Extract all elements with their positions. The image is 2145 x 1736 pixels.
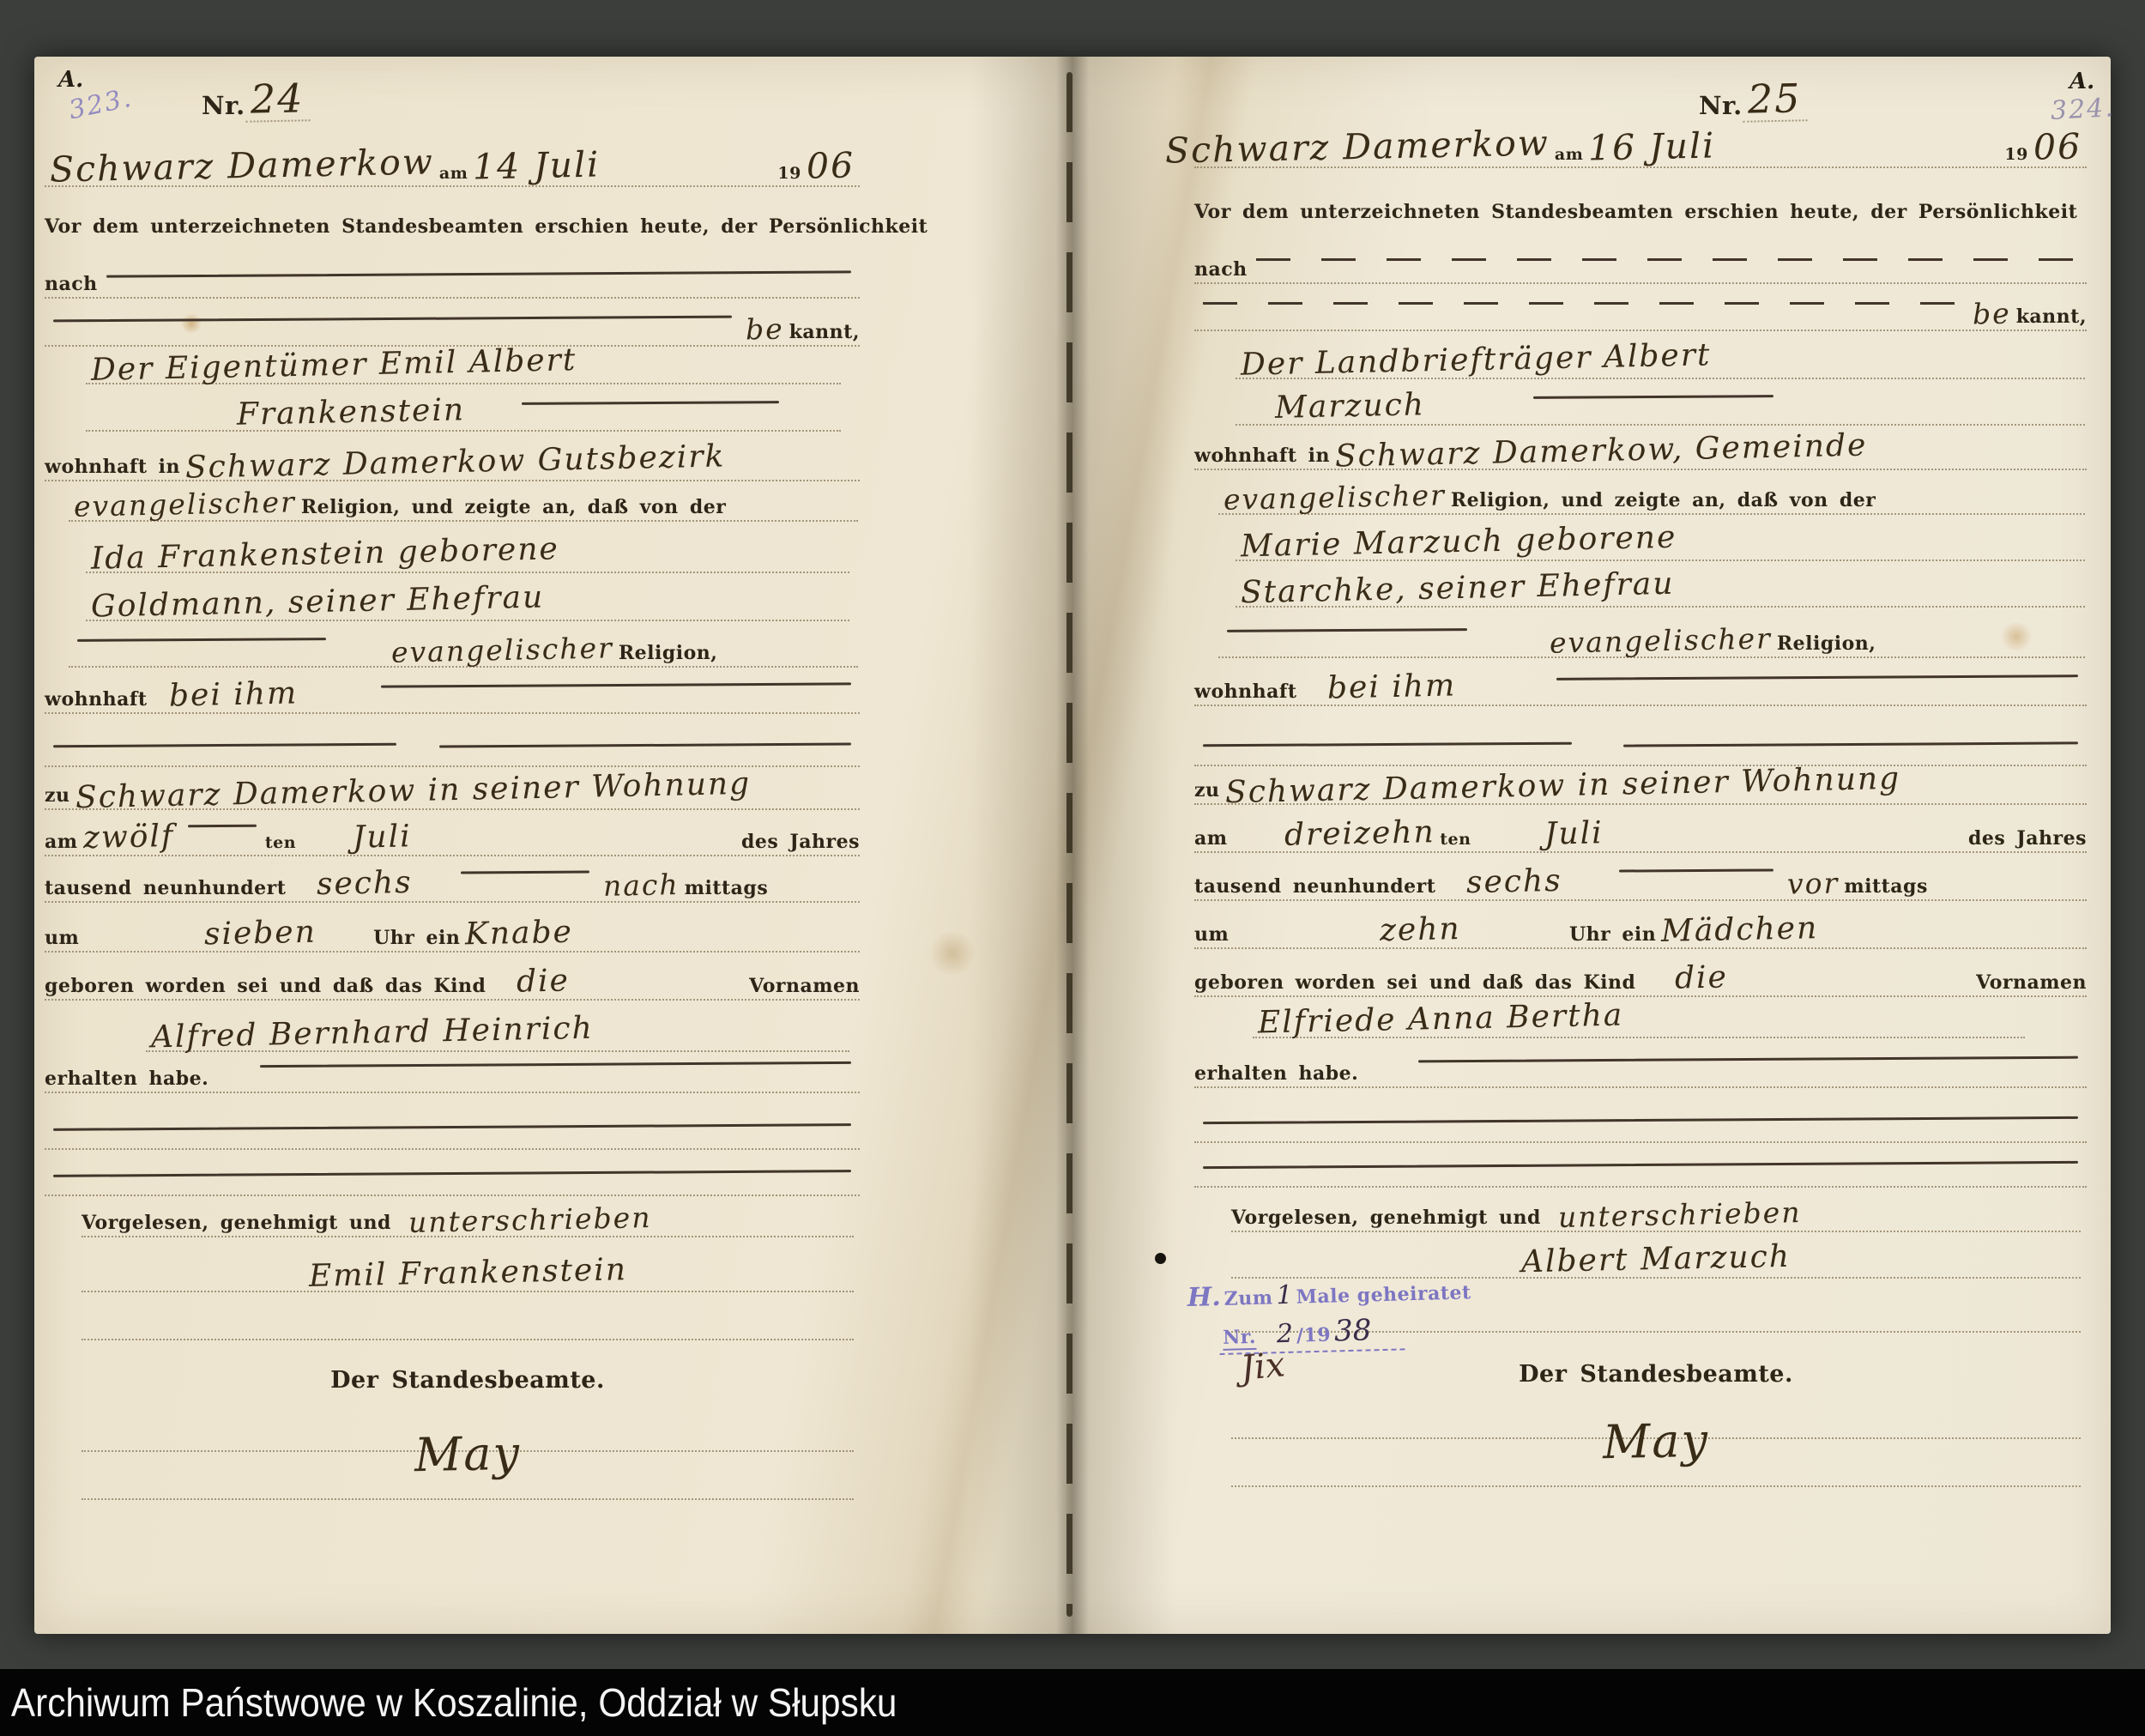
year-printed: 19 [777,166,801,185]
register-book-spread: A. 323. Nr. 24 Schwarz Damerkow am 14 Ju… [34,57,2111,1634]
crossed-out-line [1203,1160,2078,1168]
left-birthday-row: am zwölf ten Juli des Jahres [45,808,860,856]
stamp-year-value: 38 [1334,1313,1372,1348]
ten-label: ten [1440,832,1471,851]
tausend-label: tausend neunhundert [1194,877,1435,899]
right-vorgelesen-row: Vorgelesen, genehmigt und unterschrieben [1231,1186,2081,1232]
mother-name-1: Marie Marzuch geborene [1236,523,1683,565]
left-record-number-row: Nr. 24 [202,77,425,122]
left-corner-letter: A. [58,67,83,93]
ink-dash [1619,868,1773,872]
binding-stitch [1066,72,1072,1617]
left-residence-row: wohnhaft in Schwarz Damerkow Gutsbezirk [45,438,860,481]
left-registrar-signature-row: May [82,1395,854,1452]
right-crossed-row-1 [1194,1110,2087,1143]
declarant-name-1: Der Eigentümer Emil Albert [86,345,583,388]
declarant-signature: Emil Frankenstein [303,1255,632,1294]
erhalten-label: erhalten habe. [1194,1064,1358,1086]
hour-value: zehn [1375,914,1466,948]
right-crossed-row-2 [1194,1155,2087,1188]
archival-scan: A. 323. Nr. 24 Schwarz Damerkow am 14 Ju… [0,0,2145,1736]
ink-dash [461,870,589,874]
vorgelesen-label: Vorgelesen, genehmigt und [82,1213,391,1236]
gutter-shadow [970,57,1175,1634]
declarant-name-1: Der Landbriefträger Albert [1236,340,1717,383]
left-signature-row: Emil Frankenstein [82,1241,854,1292]
birthplace-value: Schwarz Damerkow in seiner Wohnung [1219,764,1906,811]
place-value: Schwarz Damerkow [45,144,440,190]
left-place-date-row: Schwarz Damerkow am 14 Juli 19 06 [45,134,860,187]
left-registrar-label-row: Der Standesbeamte. [82,1368,854,1395]
religion2-value: evangelischer [386,633,619,668]
am-day-label: am [45,832,78,855]
intro-text: Vor dem unterzeichneten Standesbeamten e… [45,217,927,239]
stamp-nr-label: Nr. [1223,1326,1257,1351]
year-printed: 19 [2004,147,2027,166]
right-nach-row: nach [1194,248,2087,284]
midday-value: vor [1782,868,1845,900]
year-word-value: sechs [1461,866,1568,901]
religion2-label: Religion, [1777,634,1876,656]
left-mother-row-1: Ida Frankenstein geborene [86,527,849,573]
ink-line [522,401,779,405]
des-jahres-label: des Jahres [1968,829,2087,851]
ink-line [381,682,851,687]
uhr-ein-label: Uhr ein [373,928,460,951]
hour-value: sieben [199,917,323,953]
year-word-value: sechs [311,868,418,903]
religion-value: evangelischer [1218,481,1452,516]
mittags-label: mittags [1844,877,1927,899]
stamp-line-2: Nr. 2 /19 38 [1223,1311,1447,1352]
declarant-signature: Albert Marzuch [1516,1242,1797,1280]
bei-ihm-value: bei ihm [164,678,304,713]
am-day-label: am [1194,829,1228,851]
left-vorgelesen-row: Vorgelesen, genehmigt und unterschrieben [82,1191,854,1237]
stamp-line-1: H. Zum 1 Male geheiratet [1187,1276,1445,1313]
declarant-name-2: Marzuch [1270,390,1431,426]
archive-caption-text: Archiwum Państwowe w Koszalinie, Oddział… [0,1679,897,1726]
religion-value: evangelischer [69,487,302,523]
right-hour-row: um zehn Uhr ein Mädchen [1194,901,2087,949]
right-child-names-row: Elfriede Anna Bertha [1253,989,2025,1038]
left-declarant-row-2: Frankenstein [86,387,841,432]
marriage-annotation-stamp: H. Zum 1 Male geheiratet Nr. 2 /19 38 Ji… [1187,1276,1447,1388]
child-sex-value: Mädchen [1656,913,1824,949]
geboren-label: geboren worden sei und daß das Kind [45,977,486,999]
unterschrieben-value: unterschrieben [402,1203,656,1238]
zu-label: zu [1194,781,1220,803]
right-religion-row: evangelischer Religion, und zeigte an, d… [1218,472,2085,515]
am-label: am [1555,147,1583,166]
place-value: Schwarz Damerkow [1160,125,1556,171]
left-mother-row-2: Goldmann, seiner Ehefrau [86,575,849,621]
right-bottom-dotted-row [1231,1456,2081,1487]
left-nach-row: nach [45,263,860,299]
day-value: dreizehn [1278,817,1440,853]
nr-label: Nr. [202,94,245,122]
wohnhaft-in-label: wohnhaft in [45,457,180,480]
right-mother-row-2: Starchke, seiner Ehefrau [1236,561,2085,608]
crossed-out-dashes [1203,302,1959,305]
bei-ihm-value: bei ihm [1322,670,1462,705]
vornamen-label: Vornamen [749,977,860,999]
right-signature-row: Albert Marzuch [1231,1227,2081,1279]
right-residence-row: wohnhaft in Schwarz Damerkow, Gemeinde [1194,426,2087,470]
year-written: 06 [2027,129,2087,166]
right-mother-row-1: Marie Marzuch geborene [1236,515,2085,561]
stamp-male-label: Male geheiratet [1296,1281,1471,1308]
right-birthplace-row: zu Schwarz Damerkow in seiner Wohnung [1194,757,2087,805]
ink-line [1556,674,2078,680]
stamp-zum-label: Zum [1224,1286,1273,1310]
right-religion2-row: evangelischer Religion, [1218,615,2085,658]
am-label: am [439,166,468,185]
be-script: be [1967,299,2016,330]
crossed-out-line [53,1170,851,1177]
um-label: um [45,928,79,951]
crossed-out-line [53,315,732,322]
crossed-out-line [53,1123,851,1131]
crossed-out-line [1227,628,1467,632]
religion2-value: evangelischer [1544,624,1778,659]
mother-name-2: Starchke, seiner Ehefrau [1236,569,1680,611]
stamp-year-prefix: /19 [1296,1324,1332,1347]
wohnhaft-label: wohnhaft [1194,682,1296,705]
right-year-row: tausend neunhundert sechs vor mittags [1194,853,2087,901]
right-wohnhaft-row: wohnhaft bei ihm [1194,662,2087,706]
crossed-out-line [439,742,851,747]
erhalten-label: erhalten habe. [45,1069,208,1092]
left-bottom-dotted-row [82,1469,854,1500]
right-declarant-row-1: Der Landbriefträger Albert [1236,335,2085,379]
right-birthday-row: am dreizehn ten Juli des Jahres [1194,805,2087,853]
nach-label: nach [45,275,98,297]
day-value: zwölf [77,821,179,856]
ink-line [1533,395,1773,399]
left-geboren-row: geboren worden sei und daß das Kind die … [45,953,860,1001]
nach-label: nach [1194,260,1248,282]
left-declarant-row-1: Der Eigentümer Emil Albert [86,340,841,384]
ink-line [260,1061,851,1067]
left-blank-dotted-row [82,1310,854,1340]
tausend-label: tausend neunhundert [45,879,286,901]
left-religion2-row: evangelischer Religion, [69,625,858,668]
ten-label: ten [265,835,296,855]
kannt-label: kannt, [2016,307,2087,330]
mother-name-1: Ida Frankenstein geborene [86,534,565,577]
child-names: Elfriede Anna Bertha [1253,1000,1629,1040]
mother-name-2: Goldmann, seiner Ehefrau [86,582,550,624]
right-corner-letter: A. [2069,69,2094,94]
um-label: um [1194,925,1229,947]
left-birthplace-row: zu Schwarz Damerkow in seiner Wohnung [45,762,860,810]
wohnhaft-label: wohnhaft [45,690,147,712]
religion-rest-label: Religion, und zeigte an, daß von der [1451,491,1876,513]
midday-value: nach [598,870,685,902]
crossed-out-dashes [1256,258,2078,261]
right-bekannt-row: be kannt, [1194,288,2087,331]
crossed-out-line [1203,741,1572,747]
ink-line [1418,1056,2078,1062]
date-value: 16 Juli [1583,128,1721,167]
crossed-out-line [53,742,396,747]
die-value: die [511,965,576,1000]
residence-value: Schwarz Damerkow, Gemeinde [1330,430,1873,474]
left-wohnhaft-row: wohnhaft bei ihm [45,669,860,714]
des-jahres-label: des Jahres [741,832,860,855]
year-written: 06 [801,148,860,185]
mittags-label: mittags [685,879,768,901]
right-erhalten-row: erhalten habe. [1194,1043,2087,1088]
right-registrar-signature-row: May [1231,1382,2081,1439]
right-place-date-row: Schwarz Damerkow am 16 Juli 19 06 [1194,115,2087,168]
religion-rest-label: Religion, und zeigte an, daß von der [301,498,726,520]
crossed-out-line [1623,741,2078,747]
uhr-ein-label: Uhr ein [1569,925,1656,947]
date-value: 14 Juli [468,147,606,186]
left-hour-row: um sieben Uhr ein Knabe [45,904,860,953]
crossed-out-line [106,270,851,277]
left-child-names-row: Alfred Bernhard Heinrich [146,1002,849,1052]
left-year-row: tausend neunhundert sechs nach mittags [45,855,860,903]
crossed-out-line [77,638,326,642]
child-sex-value: Knabe [460,917,579,953]
religion2-label: Religion, [619,644,718,666]
left-crossed-row-1 [45,1117,860,1150]
right-declarant-row-2: Marzuch [1236,381,2085,426]
record-number: 24 [245,78,310,123]
wohnhaft-in-label: wohnhaft in [1194,446,1330,469]
ink-dash [188,824,257,826]
stamp-signature: Jix [1239,1345,1287,1388]
left-intro-row: Vor dem unterzeichneten Standesbeamten e… [45,214,860,239]
intro-text: Vor dem unterzeichneten Standesbeamten e… [1194,203,2077,225]
archive-caption-bar: Archiwum Państwowe w Koszalinie, Oddział… [0,1669,2145,1736]
registrar-label: Der Standesbeamte. [330,1369,605,1395]
month-value: Juli [1539,818,1609,852]
month-value: Juli [347,821,417,856]
left-religion-row: evangelischer Religion, und zeigte an, d… [69,479,858,522]
right-intro-row: Vor dem unterzeichneten Standesbeamten e… [1194,199,2087,225]
zu-label: zu [45,786,70,808]
declarant-name-2: Frankenstein [232,395,471,432]
stamp-times-value: 1 [1276,1280,1293,1310]
left-erhalten-row: erhalten habe. [45,1049,860,1093]
stamp-initial: H. [1187,1282,1221,1313]
crossed-out-line [1203,1116,2078,1123]
